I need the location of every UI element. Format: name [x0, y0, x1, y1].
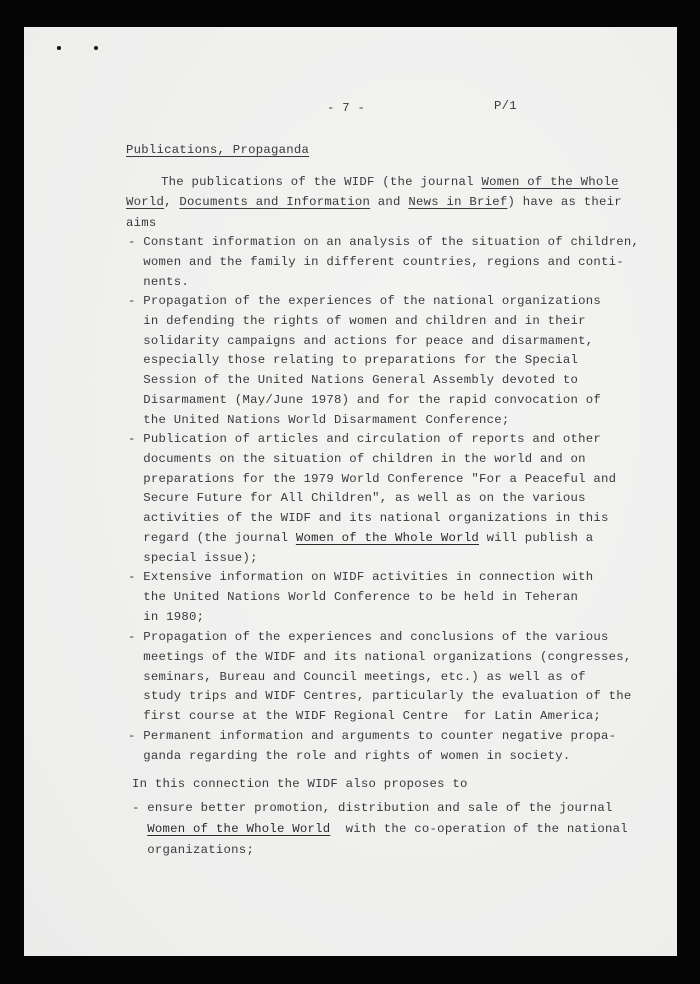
intro-text: , [164, 195, 179, 209]
proposal-intro: In this connection the WIDF also propose… [132, 778, 468, 790]
aim-line: - Constant information on an analysis of… [128, 236, 639, 248]
journal-title: World [126, 195, 164, 209]
aim-text: regard (the journal [128, 531, 296, 545]
intro-text: and [370, 195, 408, 209]
intro-line: World, Documents and Information and New… [126, 196, 622, 208]
page-reference: P/1 [494, 100, 517, 112]
journal-title: Women of the Whole World [147, 822, 330, 836]
journal-title: Women of the Whole World [296, 531, 479, 545]
aim-line: meetings of the WIDF and its national or… [128, 651, 632, 663]
aim-line: preparations for the 1979 World Conferen… [128, 473, 616, 485]
aim-line: nents. [128, 276, 189, 288]
aim-line: women and the family in different countr… [128, 256, 624, 268]
intro-text: The publications of the WIDF (the journa… [161, 175, 481, 189]
proposal-line: organizations; [132, 844, 254, 856]
aim-line: the United Nations World Conference to b… [128, 591, 578, 603]
intro-text: ) have as their [508, 195, 622, 209]
journal-title: Women of the Whole [481, 175, 618, 189]
aim-text: will publish a [479, 531, 593, 545]
aim-line: solidarity campaigns and actions for pea… [128, 335, 593, 347]
aim-line: - Propagation of the experiences and con… [128, 631, 609, 643]
aim-line: especially those relating to preparation… [128, 354, 578, 366]
aim-line: first course at the WIDF Regional Centre… [128, 710, 601, 722]
punch-hole-mark [94, 46, 98, 50]
aim-line: - Permanent information and arguments to… [128, 730, 616, 742]
intro-line: The publications of the WIDF (the journa… [161, 176, 619, 188]
aim-line: Secure Future for All Children", as well… [128, 492, 586, 504]
aim-line: - Propagation of the experiences of the … [128, 295, 601, 307]
aim-line: regard (the journal Women of the Whole W… [128, 532, 593, 544]
publication-title: News in Brief [408, 195, 507, 209]
aim-line: Disarmament (May/June 1978) and for the … [128, 394, 601, 406]
aim-line: Session of the United Nations General As… [128, 374, 578, 386]
aim-line: activities of the WIDF and its national … [128, 512, 609, 524]
aim-line: - Extensive information on WIDF activiti… [128, 571, 593, 583]
aim-line: study trips and WIDF Centres, particular… [128, 690, 632, 702]
punch-hole-mark [57, 46, 61, 50]
page-number: - 7 - [327, 102, 365, 114]
aim-line: in 1980; [128, 611, 204, 623]
intro-line: aims [126, 217, 157, 229]
aim-line: the United Nations World Disarmament Con… [128, 414, 509, 426]
proposal-text: with the co-operation of the national [330, 822, 628, 836]
proposal-line: - ensure better promotion, distribution … [132, 802, 613, 814]
section-heading: Publications, Propaganda [126, 144, 309, 156]
aim-line: special issue); [128, 552, 258, 564]
proposal-line: Women of the Whole World with the co-ope… [132, 823, 628, 835]
aim-line: seminars, Bureau and Council meetings, e… [128, 671, 586, 683]
publication-title: Documents and Information [179, 195, 370, 209]
aim-line: ganda regarding the role and rights of w… [128, 750, 571, 762]
aim-line: documents on the situation of children i… [128, 453, 586, 465]
aim-line: - Publication of articles and circulatio… [128, 433, 601, 445]
aim-line: in defending the rights of women and chi… [128, 315, 586, 327]
